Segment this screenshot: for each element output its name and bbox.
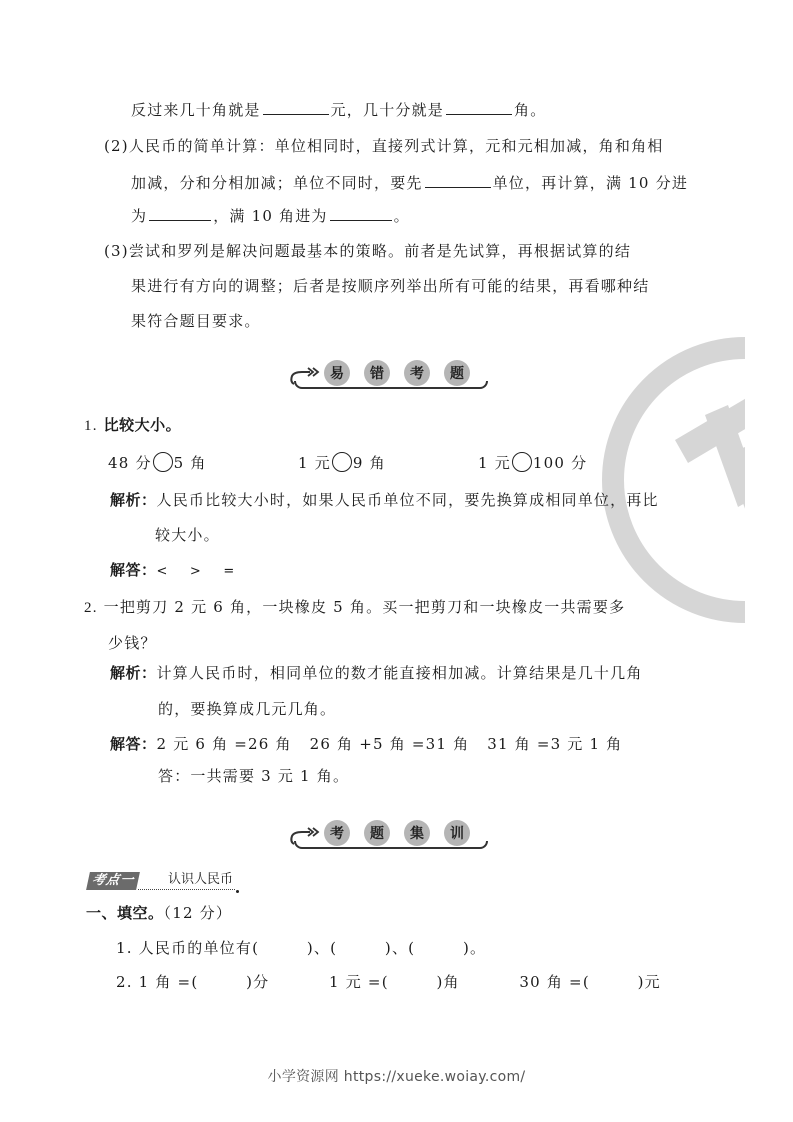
problem-2-answer-line-2: 答：一共需要 3 元 1 角。 [158,766,349,786]
answer-circle[interactable] [512,452,532,472]
text: 答：一共需要 3 元 1 角。 [158,767,349,785]
text: 的，要换算成几元几角。 [158,700,336,718]
analysis-label: 解析： [110,664,157,682]
question-1: 1. 人民币的单位有( )、( )、( )。 [116,938,486,958]
fill-blank[interactable] [425,173,491,188]
problem-2-answer-line-1: 解答：2 元 6 角 =26 角 26 角 +5 角 =31 角 31 角 =3… [110,734,622,754]
topic-header: 考点一 认识人民币 [88,870,239,890]
comparison-3: 1 元100 分 [478,452,587,473]
footer-watermark-text: 小学资源网 https://xueke.woiay.com/ [0,1066,793,1086]
text: 一把剪刀 2 元 6 角，一块橡皮 5 角。买一把剪刀和一块橡皮一共需要多 [104,598,626,616]
section-banner-exam-training: 考 题 集 训 [288,816,488,850]
text: 。 [394,207,410,225]
dot-icon [236,890,239,893]
section-1-heading: 一、填空。（12 分） [86,903,232,923]
text: 100 分 [533,454,587,472]
section-score: （12 分） [164,904,233,922]
text: 1 元 [298,454,331,472]
summary-item-2-line-1: (2)人民币的简单计算：单位相同时，直接列式计算，元和元相加减，角和角相 [104,136,663,156]
summary-item-2-line-2: 加减，分和分相加减；单位不同时，要先单位，再计算，满 10 分进 [131,173,688,193]
item-label: (2) [104,137,129,155]
problem-1-title: 1. 比较大小。 [84,415,181,436]
fill-blank[interactable] [263,100,329,115]
item-label: (3) [104,242,129,260]
problem-1-analysis-line-2: 较大小。 [155,525,220,545]
watermark-seal-icon [600,335,745,625]
text: 果符合题目要求。 [131,312,261,330]
text: 48 分 [108,454,152,472]
answer-text: < > = [157,564,236,579]
problem-2-line-1: 2. 一把剪刀 2 元 6 角，一块橡皮 5 角。买一把剪刀和一块橡皮一共需要多 [84,597,625,618]
summary-item-3-line-2: 果进行有方向的调整；后者是按顺序列举出所有可能的结果，再看哪种结 [131,276,649,296]
problem-2-analysis-line-2: 的，要换算成几元几角。 [158,699,336,719]
text: 元，几十分就是 [331,101,444,119]
section-banner-common-mistakes: 易 错 考 题 [288,356,488,390]
text: 尝试和罗列是解决问题最基本的策略。前者是先试算，再根据试算的结 [129,242,631,260]
topic-title: 认识人民币 [138,871,235,890]
summary-item-3-line-3: 果符合题目要求。 [131,311,261,331]
text: 5 角 [174,454,207,472]
text: 果进行有方向的调整；后者是按顺序列举出所有可能的结果，再看哪种结 [131,277,649,295]
summary-item-3-line-1: (3)尝试和罗列是解决问题最基本的策略。前者是先试算，再根据试算的结 [104,241,631,261]
banner-underline [294,841,488,849]
fill-blank[interactable] [446,100,512,115]
text: 2 元 6 角 =26 角 26 角 +5 角 =31 角 31 角 =3 元 … [157,735,623,753]
problem-1-analysis-line-1: 解析：人民币比较大小时，如果人民币单位不同，要先换算成相同单位，再比 [110,490,659,510]
problem-2-analysis-line-1: 解析：计算人民币时，相同单位的数才能直接相加减。计算结果是几十几角 [110,663,643,683]
problem-number: 1. [84,418,98,434]
summary-line-1: 反过来几十角就是元，几十分就是角。 [131,100,546,120]
comparison-2: 1 元9 角 [298,452,386,473]
analysis-label: 解析： [110,491,157,509]
document-page: 反过来几十角就是元，几十分就是角。 (2)人民币的简单计算：单位相同时，直接列式… [0,0,793,1122]
answer-label: 解答： [110,561,157,579]
text: ，满 10 角进为 [213,207,327,225]
problem-number: 2. [84,600,98,616]
text: 单位，再计算，满 10 分进 [493,174,688,192]
text: 加减，分和分相加减；单位不同时，要先 [131,174,423,192]
text: 9 角 [353,454,386,472]
question-2: 2. 1 角 =( )分 1 元 =( )角 30 角 =( )元 [116,972,661,992]
text: 1 元 [478,454,511,472]
problem-1-answer: 解答：< > = [110,560,235,582]
topic-tag: 考点一 [86,872,140,890]
section-heading: 一、填空。 [86,904,164,922]
answer-circle[interactable] [332,452,352,472]
fill-blank[interactable] [149,206,211,221]
summary-item-2-line-3: 为，满 10 角进为。 [131,206,410,226]
watermark-logo [600,335,745,625]
answer-circle[interactable] [153,452,173,472]
problem-2-line-2: 少钱？ [108,633,157,653]
text: 人民币的简单计算：单位相同时，直接列式计算，元和元相加减，角和角相 [129,137,664,155]
text: 反过来几十角就是 [131,101,261,119]
answer-label: 解答： [110,735,157,753]
fill-blank[interactable] [330,206,392,221]
text: 为 [131,207,147,225]
text: 人民币比较大小时，如果人民币单位不同，要先换算成相同单位，再比 [157,491,659,509]
text: 较大小。 [155,526,220,544]
problem-title: 比较大小。 [104,416,182,434]
text: 角。 [514,101,546,119]
text: 少钱？ [108,634,157,652]
text: 计算人民币时，相同单位的数才能直接相加减。计算结果是几十几角 [157,664,643,682]
comparison-1: 48 分5 角 [108,452,207,473]
banner-underline [294,381,488,389]
